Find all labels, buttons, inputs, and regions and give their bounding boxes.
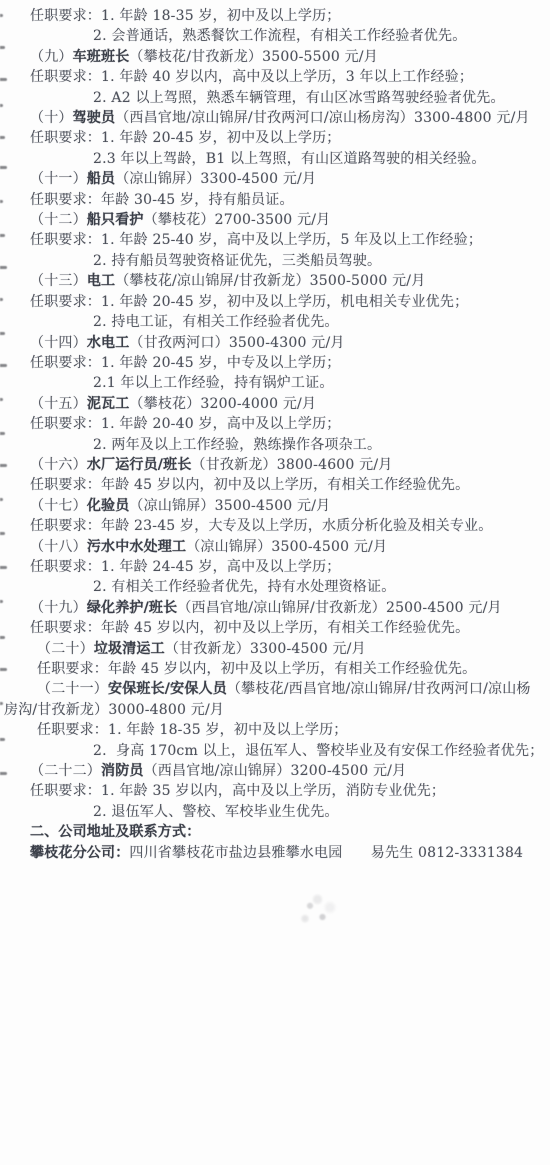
bold-text-run: 船员	[87, 171, 115, 187]
text-run: 四川省攀枝花市盐边县雅攀水电园 易先生 0812-3331384	[129, 845, 523, 861]
text-run: （十二）	[30, 212, 87, 228]
bold-text-run: 车班班长	[73, 49, 130, 65]
text-run: 任职要求：1. 年龄 20-45 岁，初中及以上学历，机电相关专业优先；	[30, 294, 468, 310]
text-run: （二十二）	[30, 763, 101, 779]
scan-edge-artifact	[0, 498, 3, 501]
requirements-line: 任职要求：年龄 30-45 岁，持有船员证。	[0, 190, 550, 210]
bold-text-run: 安保班长/安保人员	[108, 681, 227, 697]
requirement-continuation-line: 2.3 年以上驾龄，B1 以上驾照，有山区道路驾驶的相关经验。	[0, 149, 550, 169]
job-heading-line: （十）驾驶员（西昌官地/凉山锦屏/甘孜两河口/凉山杨房沟）3300-4800 元…	[0, 108, 550, 128]
text-run: （十六）	[30, 457, 87, 473]
requirement-continuation-line: 2. 持电工证，有相关工作经验者优先。	[0, 312, 550, 332]
bold-text-run: 二、公司地址及联系方式：	[30, 824, 200, 840]
bold-text-run: 泥瓦工	[87, 396, 130, 412]
scan-edge-artifact	[0, 772, 7, 775]
text-run: 2. 持有船员驾驶资格证优先，三类船员驾驶。	[93, 253, 381, 269]
scan-edge-artifact	[0, 200, 3, 203]
requirement-continuation-line: 2. 两年及以上工作经验，熟练操作各项杂工。	[0, 435, 550, 455]
smudge-artifact	[295, 893, 345, 925]
requirements-line: 任职要求：1. 年龄 20-45 岁，初中及以上学历；	[0, 128, 550, 148]
scan-edge-artifact	[0, 46, 5, 49]
requirement-continuation-line: 2. 有相关工作经验者优先，持有水处理资格证。	[0, 577, 550, 597]
job-heading-line: （十二）船只看护（攀枝花）2700-3500 元/月	[0, 210, 550, 230]
text-run: （二十）	[37, 641, 94, 657]
text-run: 任职要求：1. 年龄 24-45 岁，高中及以上学历；	[30, 559, 340, 575]
job-heading-line: （十九）绿化养护/班长（西昌官地/凉山锦屏/甘孜新龙）2500-4500 元/月	[0, 598, 550, 618]
requirements-line: 任职要求：1. 年龄 18-35 岁，初中及以上学历；	[0, 720, 550, 740]
text-run: 任职要求：1. 年龄 18-35 岁，初中及以上学历；	[30, 8, 340, 24]
job-heading-line: （二十一）安保班长/安保人员（攀枝花/西昌官地/凉山锦屏/甘孜两河口/凉山杨	[0, 679, 550, 699]
scan-edge-artifact	[0, 668, 7, 671]
text-run: 任职要求：1. 年龄 35 岁以内，高中及以上学历，消防专业优先；	[30, 783, 445, 799]
text-run: 任职要求：年龄 45 岁以内，初中及以上学历，有相关工作经验优先。	[30, 477, 469, 493]
scan-edge-artifact	[0, 464, 7, 467]
text-run: 2. 会普通话，熟悉餐饮工作流程，有相关工作经验者优先。	[93, 28, 466, 44]
text-run: （十四）	[30, 335, 87, 351]
job-heading-line: （十五）泥瓦工（攀枝花）3200-4000 元/月	[0, 394, 550, 414]
bold-text-run: 污水中水处理工	[87, 539, 186, 555]
requirements-line: 任职要求：1. 年龄 25-40 岁，高中及以上学历，5 年及以上工作经验；	[0, 230, 550, 250]
scan-edge-artifact	[0, 532, 5, 535]
contact-line: 攀枝花分公司：四川省攀枝花市盐边县雅攀水电园 易先生 0812-3331384	[0, 843, 550, 863]
text-run: 任职要求：1. 年龄 20-40 岁，高中及以上学历；	[30, 416, 340, 432]
bold-text-run: 绿化养护/班长	[87, 600, 178, 616]
scanned-document-page: 任职要求：1. 年龄 18-35 岁，初中及以上学历；2. 会普通话，熟悉餐饮工…	[0, 0, 550, 1165]
scan-edge-artifact	[0, 298, 3, 301]
scan-edge-artifact	[0, 166, 7, 169]
scan-edge-artifact	[0, 364, 7, 367]
text-run: 任职要求：年龄 30-45 岁，持有船员证。	[30, 192, 294, 208]
requirements-line: 任职要求：1. 年龄 35 岁以内，高中及以上学历，消防专业优先；	[0, 781, 550, 801]
text-run: （十）	[30, 110, 73, 126]
scan-edge-artifact	[0, 14, 3, 17]
requirement-continuation-line: 2. A2 以上驾照，熟悉车辆管理，有山区冰雪路驾驶经验者优先。	[0, 88, 550, 108]
text-run: 任职要求：年龄 45 岁以内，初中及以上学历，有相关工作经验优先。	[30, 620, 469, 636]
requirement-continuation-line: 2. 持有船员驾驶资格证优先，三类船员驾驶。	[0, 251, 550, 271]
requirements-line: 任职要求：年龄 45 岁以内，初中及以上学历，有相关工作经验优先。	[0, 475, 550, 495]
text-run: 2. 持电工证，有相关工作经验者优先。	[93, 314, 339, 330]
bold-text-run: 水电工	[87, 335, 130, 351]
scan-edge-artifact	[0, 234, 5, 237]
document-lines: 任职要求：1. 年龄 18-35 岁，初中及以上学历；2. 会普通话，熟悉餐饮工…	[0, 6, 550, 863]
scan-edge-artifact	[0, 636, 5, 639]
scan-edge-artifact	[0, 738, 5, 741]
text-run: 任职要求：1. 年龄 20-45 岁，初中及以上学历；	[30, 130, 340, 146]
scan-edge-artifact	[0, 702, 3, 705]
requirements-line: 任职要求：年龄 45 岁以内，初中及以上学历，有相关工作经验优先。	[0, 618, 550, 638]
scan-edge-artifact	[0, 566, 7, 569]
text-run: （西昌官地/凉山锦屏）3200-4500 元/月	[144, 763, 407, 779]
text-run: （十八）	[30, 539, 87, 555]
job-heading-line: （十四）水电工（甘孜两河口）3500-4300 元/月	[0, 333, 550, 353]
requirements-line: 任职要求：1. 年龄 20-40 岁，高中及以上学历；	[0, 414, 550, 434]
scan-edge-artifact	[0, 104, 3, 107]
job-heading-line: （十一）船员（凉山锦屏）3300-4500 元/月	[0, 169, 550, 189]
text-run: 任职要求：1. 年龄 40 岁以内，高中及以上学历，3 年以上工作经验；	[30, 69, 473, 85]
bold-text-run: 船只看护	[87, 212, 144, 228]
job-heading-line: （十三）电工（攀枝花/凉山锦屏/甘孜新龙）3500-5000 元/月	[0, 271, 550, 291]
bold-text-run: 电工	[87, 273, 115, 289]
scan-edge-artifact	[0, 398, 3, 401]
requirements-line: 任职要求：1. 年龄 20-45 岁，中专及以上学历；	[0, 353, 550, 373]
scan-edge-artifact	[0, 432, 5, 435]
job-heading-line: （十八）污水中水处理工（凉山锦屏）3500-4500 元/月	[0, 537, 550, 557]
requirements-line: 任职要求：1. 年龄 40 岁以内，高中及以上学历，3 年以上工作经验；	[0, 67, 550, 87]
scan-edge-artifact	[0, 266, 7, 269]
text-run: （攀枝花）2700-3500 元/月	[144, 212, 331, 228]
requirements-line: 任职要求：年龄 23-45 岁，大专及以上学历，水质分析化验及相关专业。	[0, 516, 550, 536]
text-run: 房沟/甘孜新龙）3000-4800 元/月	[4, 702, 224, 718]
bold-text-run: 化验员	[87, 498, 130, 514]
text-run: （攀枝花/西昌官地/凉山锦屏/甘孜两河口/凉山杨	[227, 681, 531, 697]
text-run: （凉山锦屏）3500-4500 元/月	[129, 498, 330, 514]
requirements-line: 任职要求：1. 年龄 24-45 岁，高中及以上学历；	[0, 557, 550, 577]
text-run: 任职要求：年龄 45 岁以内，初中及以上学历，有相关工作经验优先。	[37, 661, 476, 677]
job-heading-continuation-line: 房沟/甘孜新龙）3000-4800 元/月	[0, 700, 550, 720]
text-run: 2. 有相关工作经验者优先，持有水处理资格证。	[93, 579, 395, 595]
text-run: （攀枝花）3200-4000 元/月	[129, 396, 316, 412]
text-run: 任职要求：1. 年龄 20-45 岁，中专及以上学历；	[30, 355, 340, 371]
requirement-continuation-line: 2. 退伍军人、警校、军校毕业生优先。	[0, 802, 550, 822]
text-run: （十九）	[30, 600, 87, 616]
bold-text-run: 攀枝花分公司：	[30, 845, 129, 861]
scan-edge-artifact	[0, 78, 7, 81]
scan-edge-artifact	[0, 600, 3, 603]
bold-text-run: 驾驶员	[73, 110, 116, 126]
text-run: （十五）	[30, 396, 87, 412]
text-run: 2.3 年以上驾龄，B1 以上驾照，有山区道路驾驶的相关经验。	[93, 151, 486, 167]
text-run: 任职要求：年龄 23-45 岁，大专及以上学历，水质分析化验及相关专业。	[30, 518, 492, 534]
requirements-line: 任职要求：1. 年龄 18-35 岁，初中及以上学历；	[0, 6, 550, 26]
text-run: （凉山锦屏）3300-4500 元/月	[115, 171, 316, 187]
text-run: （攀枝花/凉山锦屏/甘孜新龙）3500-5000 元/月	[115, 273, 425, 289]
text-run: （十七）	[30, 498, 87, 514]
job-heading-line: （二十）垃圾清运工（甘孜新龙）3300-4500 元/月	[0, 639, 550, 659]
text-run: （西昌官地/凉山锦屏/甘孜新龙）2500-4500 元/月	[177, 600, 501, 616]
text-run: 任职要求：1. 年龄 25-40 岁，高中及以上学历，5 年及以上工作经验；	[30, 232, 482, 248]
text-run: （二十一）	[37, 681, 108, 697]
requirement-continuation-line: 2. 身高 170cm 以上，退伍军人、警校毕业及有安保工作经验者优先；	[0, 741, 550, 761]
text-run: 2. 身高 170cm 以上，退伍军人、警校毕业及有安保工作经验者优先；	[93, 743, 543, 759]
text-run: （凉山锦屏）3500-4500 元/月	[186, 539, 387, 555]
bold-text-run: 垃圾清运工	[94, 641, 165, 657]
job-heading-line: （九）车班班长（攀枝花/甘孜新龙）3500-5500 元/月	[0, 47, 550, 67]
requirements-line: 任职要求：年龄 45 岁以内，初中及以上学历，有相关工作经验优先。	[0, 659, 550, 679]
text-run: （西昌官地/凉山锦屏/甘孜两河口/凉山杨房沟）3300-4800 元/月	[115, 110, 530, 126]
bold-text-run: 消防员	[101, 763, 144, 779]
text-run: 2. 退伍军人、警校、军校毕业生优先。	[93, 804, 339, 820]
text-run: （九）	[30, 49, 73, 65]
job-heading-line: （二十二）消防员（西昌官地/凉山锦屏）3200-4500 元/月	[0, 761, 550, 781]
bold-text-run: 水厂运行员/班长	[87, 457, 192, 473]
requirements-line: 任职要求：1. 年龄 20-45 岁，初中及以上学历，机电相关专业优先；	[0, 292, 550, 312]
text-run: （攀枝花/甘孜新龙）3500-5500 元/月	[129, 49, 377, 65]
text-run: 2.1 年以上工作经验，持有锅炉工证。	[93, 375, 334, 391]
job-heading-line: （十六）水厂运行员/班长（甘孜新龙）3800-4600 元/月	[0, 455, 550, 475]
text-run: 2. A2 以上驾照，熟悉车辆管理，有山区冰雪路驾驶经验者优先。	[93, 90, 505, 106]
scan-edge-artifact	[0, 136, 5, 139]
requirement-continuation-line: 2.1 年以上工作经验，持有锅炉工证。	[0, 373, 550, 393]
text-run: （十三）	[30, 273, 87, 289]
requirement-continuation-line: 2. 会普通话，熟悉餐饮工作流程，有相关工作经验者优先。	[0, 26, 550, 46]
scan-edge-artifact	[0, 332, 5, 335]
text-run: （甘孜新龙）3800-4600 元/月	[192, 457, 393, 473]
text-run: （甘孜新龙）3300-4500 元/月	[165, 641, 366, 657]
section-heading-line: 二、公司地址及联系方式：	[0, 822, 550, 842]
text-run: 任职要求：1. 年龄 18-35 岁，初中及以上学历；	[37, 722, 347, 738]
text-run: 2. 两年及以上工作经验，熟练操作各项杂工。	[93, 437, 381, 453]
text-run: （甘孜两河口）3500-4300 元/月	[129, 335, 344, 351]
job-heading-line: （十七）化验员（凉山锦屏）3500-4500 元/月	[0, 496, 550, 516]
text-run: （十一）	[30, 171, 87, 187]
